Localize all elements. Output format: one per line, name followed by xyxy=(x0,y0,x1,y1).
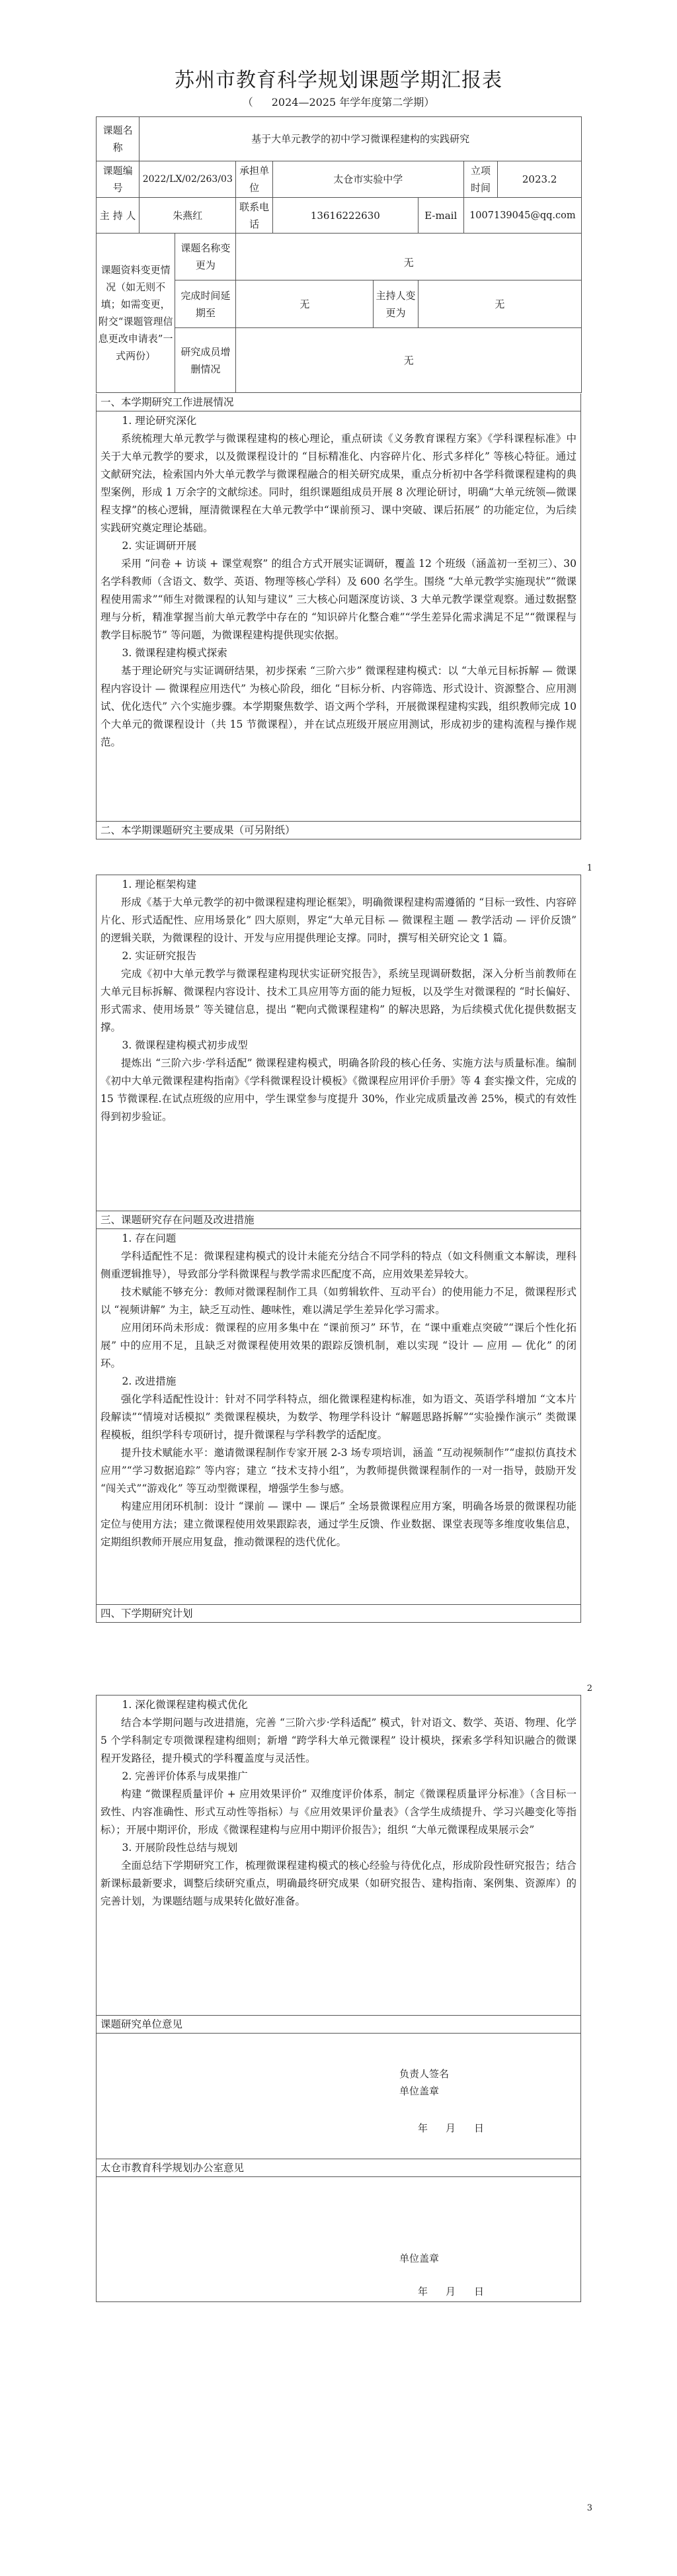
page-2-box: 1. 理论框架构建 形成《基于大单元教学的初中微课程建构理论框架》，明确微课程建… xyxy=(96,875,581,1623)
section-1-heading-3: 3. 微课程建构模式探索 xyxy=(100,644,577,662)
subtitle-text: 2024—2025 年学年度第二学期） xyxy=(272,96,435,108)
unit-opinion-area: 负责人签名 单位盖章 年 月 日 xyxy=(97,2034,580,2159)
unit-date-year: 年 xyxy=(418,2120,428,2137)
section-4-paragraph: 结合本学期问题与改进措施，完善 “三阶六步·学科适配” 模式，针对语文、数学、英… xyxy=(100,1714,577,1768)
email-value: 1007139045@qq.com xyxy=(463,198,581,234)
name-change-label: 课题名称变更为 xyxy=(175,234,236,280)
signature-label: 负责人签名 xyxy=(399,2065,449,2082)
host-change-label: 主持人变更为 xyxy=(374,280,418,328)
section-3-paragraph: 提升技术赋能水平：邀请微课程制作专家开展 2-3 场专项培训，涵盖 “互动视频制… xyxy=(100,1444,577,1498)
office-date-day: 日 xyxy=(474,2283,484,2300)
topic-name-label: 课题名称 xyxy=(97,117,139,161)
section-4-heading-1: 1. 深化微课程建构模式优化 xyxy=(100,1696,577,1714)
unit-value: 太仓市实验中学 xyxy=(272,161,463,198)
section-4-header: 四、下学期研究计划 xyxy=(97,1604,580,1622)
section-2-paragraph: 完成《初中大单元教学与微课程建构现状实证研究报告》，系统呈现调研数据，深入分析当… xyxy=(100,965,577,1037)
section-2-heading-1: 1. 理论框架构建 xyxy=(100,876,577,894)
section-4-content: 1. 深化微课程建构模式优化 结合本学期问题与改进措施，完善 “三阶六步·学科适… xyxy=(97,1696,580,2015)
host-change-value: 无 xyxy=(418,280,581,328)
unit-date-month: 月 xyxy=(446,2120,456,2137)
section-2-content: 1. 理论框架构建 形成《基于大单元教学的初中微课程建构理论框架》，明确微课程建… xyxy=(97,875,580,1211)
page-3-box: 1. 深化微课程建构模式优化 结合本学期问题与改进措施，完善 “三阶六步·学科适… xyxy=(96,1695,581,2302)
section-1-content: 1. 理论研究深化 系统梳理大单元教学与微课程建构的核心理论，重点研读《义务教育… xyxy=(97,411,580,752)
topic-code-label: 课题编号 xyxy=(97,161,139,198)
unit-date-day: 日 xyxy=(474,2120,484,2137)
unit-stamp-label: 单位盖章 xyxy=(399,2082,439,2100)
approval-value: 2023.2 xyxy=(498,161,582,198)
section-2-paragraph: 提炼出 “三阶六步·学科适配” 微课程建构模式，明确各阶段的核心任务、实施方法与… xyxy=(100,1054,577,1126)
section-2-paragraph: 形成《基于大单元教学的初中微课程建构理论框架》，明确微课程建构需遵循的 “目标一… xyxy=(100,894,577,947)
section-2-heading-2: 2. 实证研究报告 xyxy=(100,947,577,965)
section-1-box: 一、本学期研究工作进展情况 1. 理论研究深化 系统梳理大单元教学与微课程建构的… xyxy=(96,394,581,839)
office-date-year: 年 xyxy=(418,2283,428,2300)
page-number-3: 3 xyxy=(587,2503,592,2513)
section-3-heading-1: 1. 存在问题 xyxy=(100,1230,577,1248)
section-1-heading-2: 2. 实证调研开展 xyxy=(100,537,577,555)
members-value: 无 xyxy=(236,328,582,393)
extend-value: 无 xyxy=(236,280,374,328)
section-3-header: 三、课题研究存在问题及改进措施 xyxy=(97,1211,580,1229)
phone-label: 联系电话 xyxy=(236,198,272,234)
section-4-heading-3: 3. 开展阶段性总结与规划 xyxy=(100,1839,577,1857)
section-3-content: 1. 存在问题 学科适配性不足：微课程建构模式的设计未能充分结合不同学科的特点（… xyxy=(97,1229,580,1552)
section-1-paragraph: 系统梳理大单元教学与微课程建构的核心理论，重点研读《义务教育课程方案》《学科课程… xyxy=(100,430,577,537)
changes-label: 课题资料变更情况（如无则不填；如需变更，附交“课题管理信息更改申请表”一式两份） xyxy=(97,234,175,393)
name-change-value: 无 xyxy=(236,234,582,280)
topic-name-value: 基于大单元教学的初中学习微课程建构的实践研究 xyxy=(139,117,582,161)
section-4-paragraph: 全面总结下学期研究工作，梳理微课程建构模式的核心经验与待优化点，形成阶段性研究报… xyxy=(100,1857,577,1911)
section-3-paragraph: 构建应用闭环机制：设计 “课前 — 课中 — 课后” 全场景微课程应用方案，明确… xyxy=(100,1498,577,1551)
host-value: 朱燕红 xyxy=(139,198,236,234)
section-1-paragraph: 基于理论研究与实证调研结果，初步探索 “三阶六步” 微课程建构模式：以 “大单元… xyxy=(100,662,577,751)
subtitle-open: （ xyxy=(243,96,253,108)
section-3-paragraph: 强化学科适配性设计：针对不同学科特点，细化微课程建构标准，如为语文、英语学科增加… xyxy=(100,1391,577,1444)
section-3-heading-2: 2. 改进措施 xyxy=(100,1373,577,1391)
office-opinion-header: 太仓市教育科学规划办公室意见 xyxy=(97,2159,580,2177)
host-label: 主 持 人 xyxy=(97,198,139,234)
section-2-header: 二、本学期课题研究主要成果（可另附纸） xyxy=(97,821,580,839)
office-opinion-area: 单位盖章 年 月 日 xyxy=(97,2177,580,2302)
section-2-heading-3: 3. 微课程建构模式初步成型 xyxy=(100,1037,577,1054)
section-1-header: 一、本学期研究工作进展情况 xyxy=(97,394,580,411)
email-label: E-mail xyxy=(418,198,463,234)
section-1-heading-1: 1. 理论研究深化 xyxy=(100,412,577,430)
unit-opinion-header: 课题研究单位意见 xyxy=(97,2015,580,2034)
office-stamp-label: 单位盖章 xyxy=(399,2250,439,2267)
extend-label: 完成时间延期至 xyxy=(175,280,236,328)
section-3-paragraph: 学科适配性不足：微课程建构模式的设计未能充分结合不同学科的特点（如文科侧重文本解… xyxy=(100,1248,577,1283)
section-3-paragraph: 应用闭环尚未形成：微课程的应用多集中在 “课前预习” 环节，在 “课中重难点突破… xyxy=(100,1319,577,1373)
page-number-1: 1 xyxy=(587,863,592,873)
document-title: 苏州市教育科学规划课题学期汇报表 xyxy=(0,64,677,93)
document-subtitle: （2024—2025 年学年度第二学期） xyxy=(0,94,677,109)
page-number-2: 2 xyxy=(587,1684,592,1694)
info-table: 课题名称 基于大单元教学的初中学习微课程建构的实践研究 课题编号 2022/LX… xyxy=(96,116,582,393)
section-3-paragraph: 技术赋能不够充分：教师对微课程制作工具（如剪辑软件、互动平台）的使用能力不足，微… xyxy=(100,1283,577,1319)
topic-code-value: 2022/LX/02/263/03 xyxy=(139,161,236,198)
members-label: 研究成员增删情况 xyxy=(175,328,236,393)
approval-label: 立项时间 xyxy=(463,161,498,198)
section-1-paragraph: 采用 “问卷 + 访谈 + 课堂观察” 的组合方式开展实证调研，覆盖 12 个班… xyxy=(100,555,577,644)
office-date-month: 月 xyxy=(446,2283,456,2300)
section-4-paragraph: 构建 “微课程质量评价 + 应用效果评价” 双维度评价体系，制定《微课程质量评分… xyxy=(100,1785,577,1839)
section-4-heading-2: 2. 完善评价体系与成果推广 xyxy=(100,1768,577,1785)
unit-label: 承担单位 xyxy=(236,161,272,198)
phone-value: 13616222630 xyxy=(272,198,418,234)
